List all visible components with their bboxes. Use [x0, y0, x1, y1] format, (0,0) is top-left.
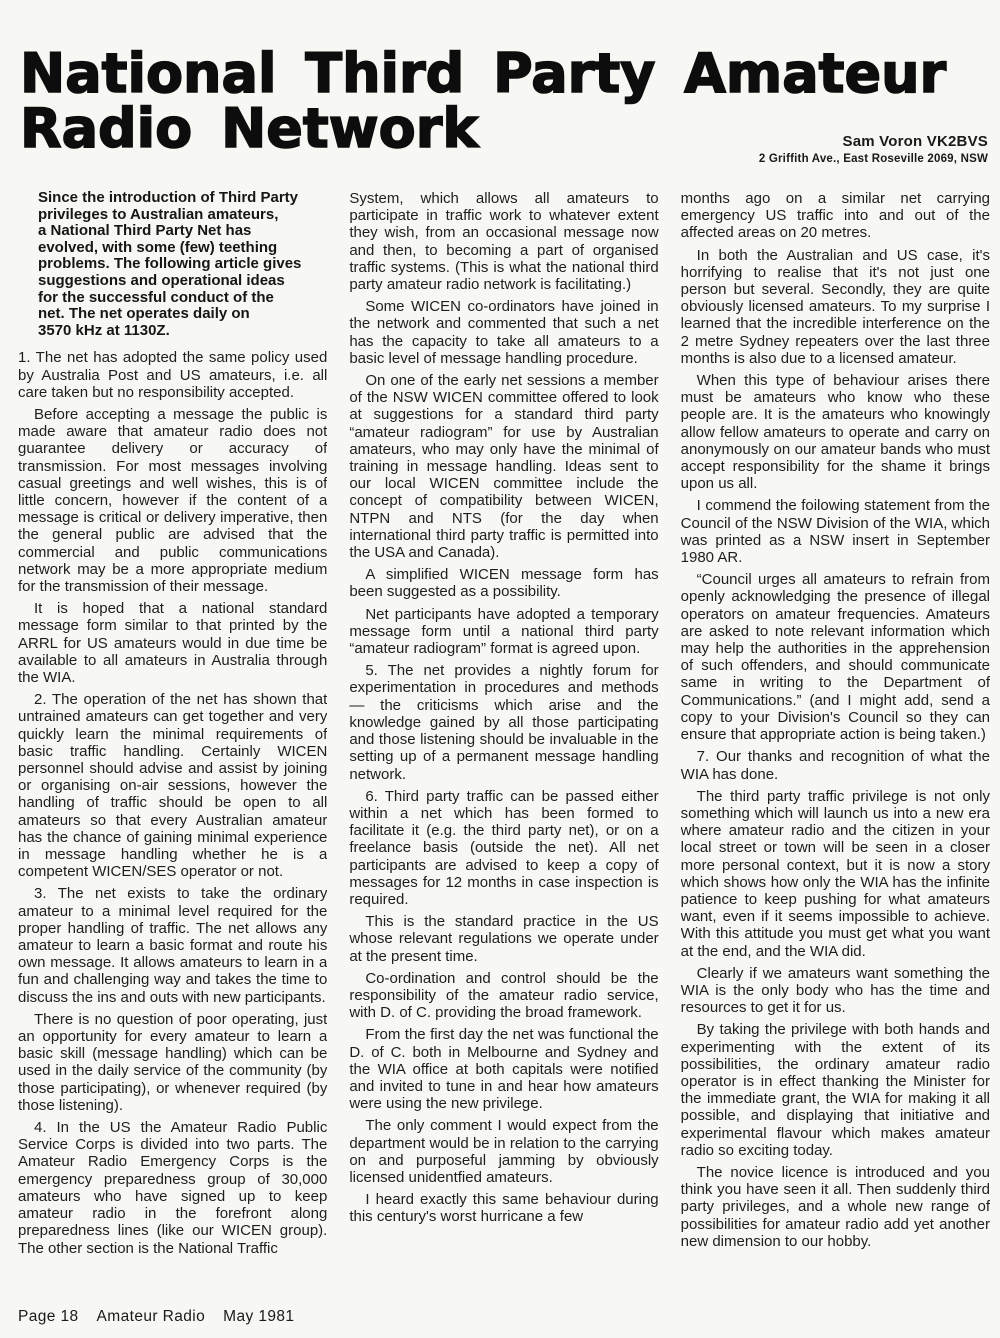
- paragraph: 2. The operation of the net has shown th…: [18, 691, 327, 880]
- byline-author: Sam Voron VK2BVS: [759, 133, 988, 150]
- magazine-page: National Third Party Amateur Radio Netwo…: [0, 0, 1000, 1338]
- paragraph: On one of the early net sessions a membe…: [349, 372, 658, 561]
- column-1: Since the introduction of Third Party pr…: [18, 190, 327, 1302]
- paragraph: 6. Third party traffic can be passed eit…: [349, 788, 658, 908]
- article-title-line1: National Third Party Amateur: [20, 46, 985, 101]
- footer-issue-date: May 1981: [223, 1308, 294, 1325]
- paragraph: 1. The net has adopted the same policy u…: [18, 349, 327, 401]
- paragraph: “Council urges all amateurs to refrain f…: [681, 571, 990, 743]
- paragraph: 3. The net exists to take the ordinary a…: [18, 885, 327, 1005]
- paragraph: There is no question of poor operating, …: [18, 1011, 327, 1114]
- column-3: months ago on a similar net carrying eme…: [681, 190, 990, 1302]
- paragraph: months ago on a similar net carrying eme…: [681, 190, 990, 242]
- paragraph: Some WICEN co-ordinators have joined in …: [349, 298, 658, 367]
- article-intro: Since the introduction of Third Party pr…: [18, 190, 327, 339]
- footer-page-number: Page 18: [18, 1308, 79, 1325]
- paragraph: System, which allows all amateurs to par…: [349, 190, 658, 293]
- paragraph: Co-ordination and control should be the …: [349, 970, 658, 1022]
- paragraph: A simplified WICEN message form has been…: [349, 566, 658, 600]
- paragraph: I heard exactly this same behaviour duri…: [349, 1191, 658, 1225]
- paragraph: In both the Australian and US case, it's…: [681, 247, 990, 367]
- article-body: Since the introduction of Third Party pr…: [18, 190, 990, 1302]
- byline-address: 2 Griffith Ave., East Roseville 2069, NS…: [759, 153, 988, 165]
- paragraph: Before accepting a message the public is…: [18, 406, 327, 595]
- paragraph: From the first day the net was functiona…: [349, 1026, 658, 1112]
- footer-magazine-name: Amateur Radio: [97, 1308, 206, 1325]
- paragraph: Clearly if we amateurs want something th…: [681, 965, 990, 1017]
- paragraph: I commend the foilowing statement from t…: [681, 497, 990, 566]
- paragraph: 7. Our thanks and recognition of what th…: [681, 748, 990, 782]
- paragraph: It is hoped that a national standard mes…: [18, 600, 327, 686]
- paragraph: By taking the privilege with both hands …: [681, 1021, 990, 1159]
- paragraph: When this type of behaviour arises there…: [681, 372, 990, 492]
- column-2: System, which allows all amateurs to par…: [349, 190, 658, 1302]
- byline: Sam Voron VK2BVS 2 Griffith Ave., East R…: [759, 133, 988, 165]
- paragraph: Net participants have adopted a temporar…: [349, 606, 658, 658]
- paragraph: This is the standard practice in the US …: [349, 913, 658, 965]
- page-footer: Page 18Amateur RadioMay 1981: [18, 1308, 312, 1326]
- paragraph: The third party traffic privilege is not…: [681, 788, 990, 960]
- paragraph: The novice licence is introduced and you…: [681, 1164, 990, 1250]
- paragraph: The only comment I would expect from the…: [349, 1117, 658, 1186]
- paragraph: 5. The net provides a nightly forum for …: [349, 662, 658, 782]
- paragraph: 4. In the US the Amateur Radio Public Se…: [18, 1119, 327, 1257]
